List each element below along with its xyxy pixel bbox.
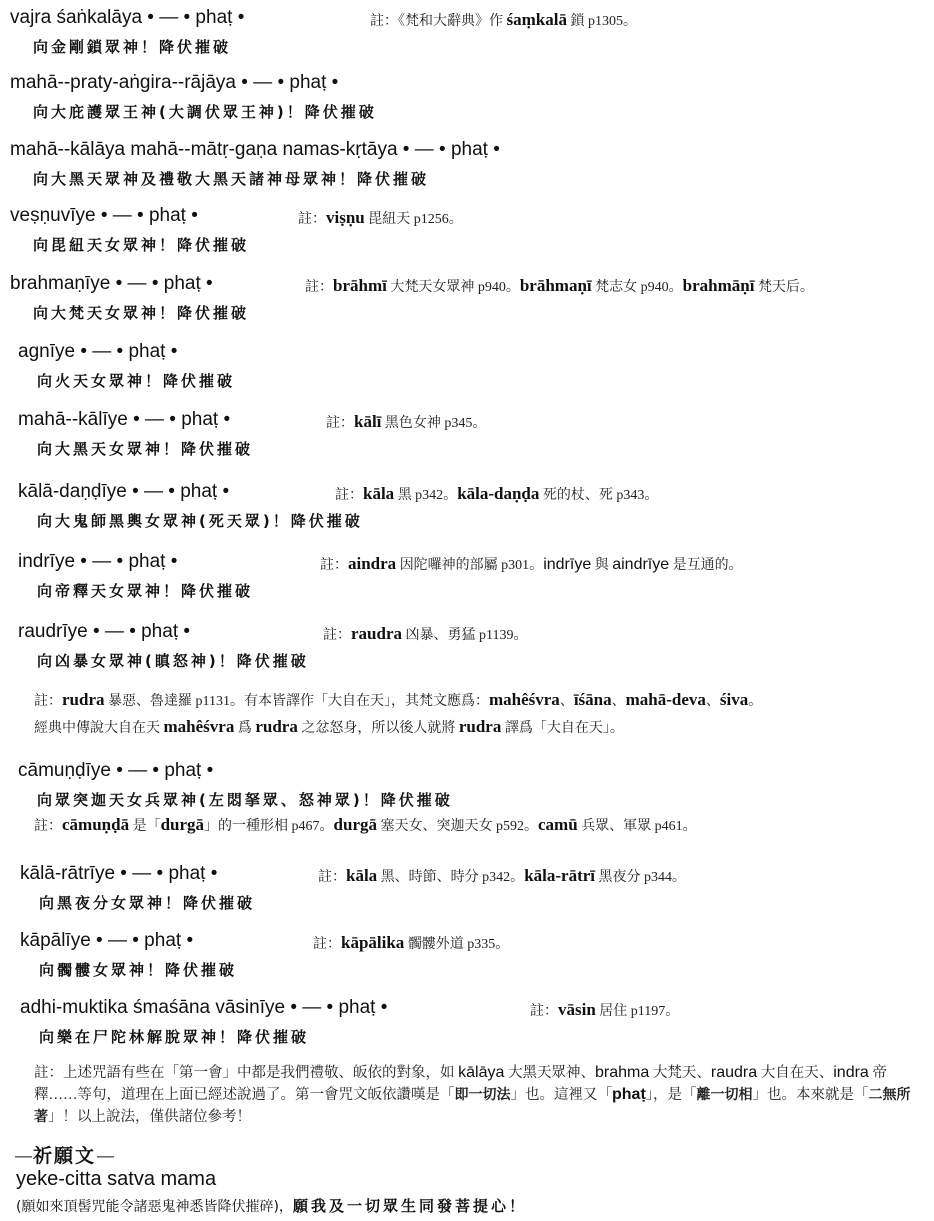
verse-43-note: 註：aindra 因陀囉神的部屬 p301。indrīye 與 aindrīye… xyxy=(320,554,743,574)
verse-46-note: 註：kāla 黑、時節、時分 p342。kāla-rātrī 黑夜分 p344。 xyxy=(318,866,686,886)
rudra-note-line-2: 經典中傳說大自在天 mahêśvra 爲 rudra 之忿怒身，所以後人就將 r… xyxy=(34,717,624,737)
prayer-heading: —祈願文— xyxy=(14,1141,115,1168)
verse-37-translation: 向大黑天眾神及禮敬大黑天諸神母眾神！降伏摧破 xyxy=(33,168,429,189)
verse-44-note: 註：raudra 凶暴、勇猛 p1139。 xyxy=(323,624,527,644)
closing-note: 註：上述咒語有些在「第一會」中都是我們禮敬、皈依的對象，如 kālāya 大黑天… xyxy=(34,1062,914,1128)
verse-48-translation: 向樂在尸陀林解脫眾神！降伏摧破 xyxy=(39,1026,309,1047)
verse-39-note: 註：brāhmī 大梵天女眾神 p940。brāhmaṇī 梵志女 p940。b… xyxy=(305,276,814,296)
verse-40-mantra: agnīye • — • phaṭ • xyxy=(18,341,177,363)
verse-48-mantra: adhi-muktika śmaśāna vāsinīye • — • phaṭ… xyxy=(20,997,387,1019)
prayer-mantra: yeke-citta satva mama xyxy=(16,1168,216,1191)
verse-42-translation: 向大鬼師黑輿女眾神(死天眾)！降伏摧破 xyxy=(37,510,363,531)
verse-46-translation: 向黑夜分女眾神！降伏摧破 xyxy=(39,892,255,913)
verse-48-note: 註：vāsin 居住 p1197。 xyxy=(530,1000,679,1020)
verse-47-translation: 向髑髏女眾神！降伏摧破 xyxy=(39,959,237,980)
verse-46-mantra: kālā-rātrīye • — • phaṭ • xyxy=(20,863,217,885)
verse-40-translation: 向火天女眾神！降伏摧破 xyxy=(37,370,235,391)
verse-38-translation: 向毘紐天女眾神！降伏摧破 xyxy=(33,234,249,255)
verse-37-mantra: mahā--kālāya mahā--mātṛ-gaṇa namas-kṛtāy… xyxy=(10,139,500,161)
verse-45-note: 註：cāmuṇḍā 是「durgā」的一種形相 p467。durgā 塞天女、突… xyxy=(34,815,697,835)
verse-35-mantra: vajra śaṅkalāya • — • phaṭ • xyxy=(10,7,244,29)
verse-43-mantra: indrīye • — • phaṭ • xyxy=(18,551,177,573)
verse-45-mantra: cāmuṇḍīye • — • phaṭ • xyxy=(18,760,213,782)
verse-42-note: 註：kāla 黑 p342。kāla-daṇḍa 死的杖、死 p343。 xyxy=(335,484,658,504)
prayer-translation: (願如來頂髻咒能令諸惡鬼神悉皆降伏摧碎)，願我及一切眾生同發菩提心！ xyxy=(16,1195,527,1216)
verse-41-note: 註：kālī 黑色女神 p345。 xyxy=(326,412,486,432)
verse-38-mantra: veṣṇuvīye • — • phaṭ • xyxy=(10,205,198,227)
verse-47-note: 註：kāpālika 髑髏外道 p335。 xyxy=(313,933,509,953)
verse-36-translation: 向大庇護眾王神(大調伏眾王神)！降伏摧破 xyxy=(33,101,377,122)
verse-41-translation: 向大黑天女眾神！降伏摧破 xyxy=(37,438,253,459)
rudra-note-line-1: 註：rudra 暴惡、魯達羅 p1131。有本皆譯作「大自在天」，其梵文應爲：m… xyxy=(34,690,762,710)
verse-43-translation: 向帝釋天女眾神！降伏摧破 xyxy=(37,580,253,601)
verse-39-mantra: brahmaṇīye • — • phaṭ • xyxy=(10,273,213,295)
verse-44-translation: 向凶暴女眾神(瞋怒神)！降伏摧破 xyxy=(37,650,309,671)
verse-42-mantra: kālā-daṇḍīye • — • phaṭ • xyxy=(18,481,229,503)
verse-38-note: 註：viṣṇu 毘紐天 p1256。 xyxy=(298,208,463,228)
verse-44-mantra: raudrīye • — • phaṭ • xyxy=(18,621,190,643)
verse-35-translation: 向金剛鎖眾神！降伏摧破 xyxy=(33,36,231,57)
verse-35-note: 註：《梵和大辭典》作 śaṃkalā 鎖 p1305。 xyxy=(370,10,637,30)
verse-41-mantra: mahā--kālīye • — • phaṭ • xyxy=(18,409,230,431)
verse-36-mantra: mahā--praty-aṅgira--rājāya • — • phaṭ • xyxy=(10,72,338,94)
verse-47-mantra: kāpālīye • — • phaṭ • xyxy=(20,930,193,952)
verse-39-translation: 向大梵天女眾神！降伏摧破 xyxy=(33,302,249,323)
verse-45-translation: 向眾突迦天女兵眾神(左悶拏眾、怒神眾)！降伏摧破 xyxy=(37,789,453,810)
